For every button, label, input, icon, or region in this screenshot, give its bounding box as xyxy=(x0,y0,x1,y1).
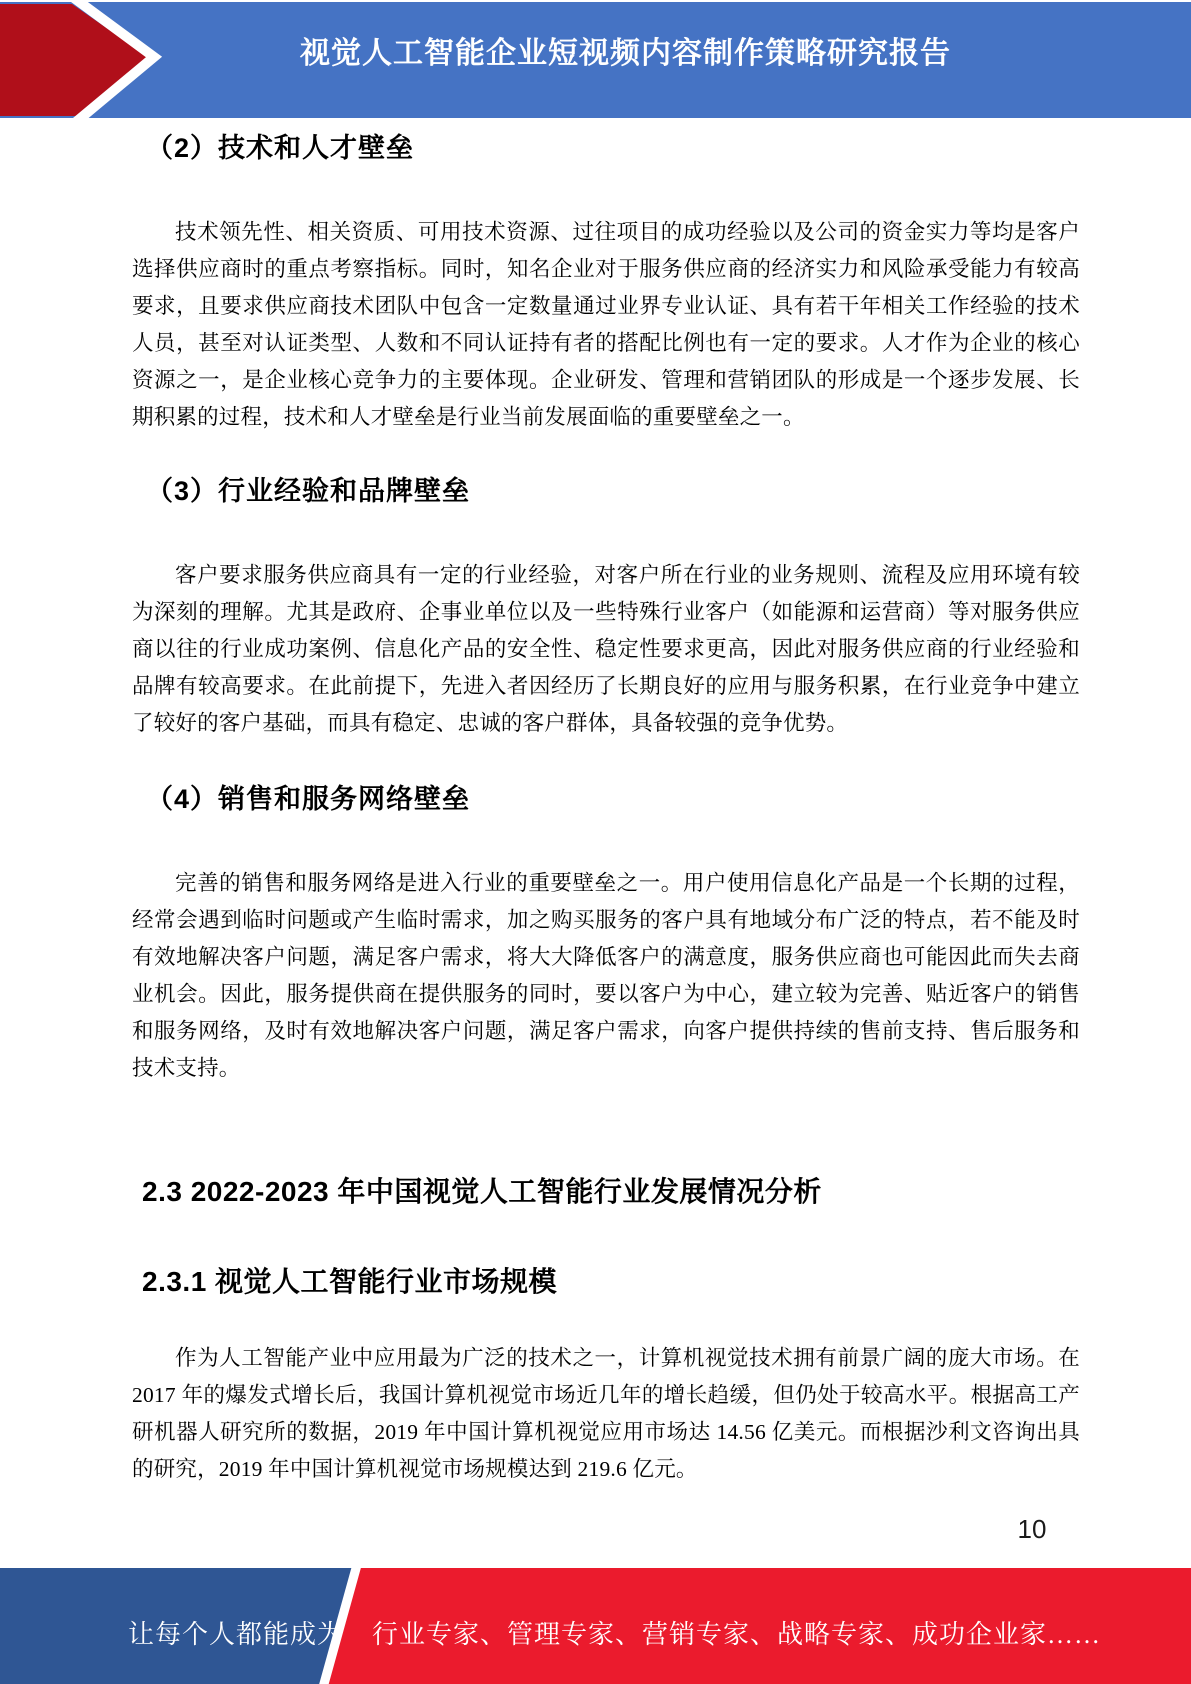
paragraph-sales-network: 完善的销售和服务网络是进入行业的重要壁垒之一。用户使用信息化产品是一个长期的过程… xyxy=(132,865,1080,1087)
red-arrow-shape xyxy=(0,4,148,116)
report-title: 视觉人工智能企业短视频内容制作策略研究报告 xyxy=(240,28,951,92)
heading-industry-brand-barrier: （3）行业经验和品牌壁垒 xyxy=(132,474,1094,508)
footer-slogan-left: 让每个人都能成为 xyxy=(128,1614,344,1651)
paragraph-industry-brand: 客户要求服务供应商具有一定的行业经验，对客户所在行业的业务规则、流程及应用环境有… xyxy=(132,557,1080,742)
heading-section-2-3-1: 2.3.1 视觉人工智能行业市场规模 xyxy=(132,1264,1090,1300)
red-chevron-arrow-icon xyxy=(0,2,176,118)
heading-sales-network-barrier: （4）销售和服务网络壁垒 xyxy=(132,782,1094,816)
paragraph-market-size: 作为人工智能产业中应用最为广泛的技术之一，计算机视觉技术拥有前景广阔的庞大市场。… xyxy=(132,1340,1080,1488)
paragraph-tech-talent: 技术领先性、相关资质、可用技术资源、过往项目的成功经验以及公司的资金实力等均是客… xyxy=(132,214,1080,436)
footer-slogan-right: 行业专家、管理专家、营销专家、战略专家、成功企业家…… xyxy=(372,1614,1101,1651)
page-footer: 让每个人都能成为 行业专家、管理专家、营销专家、战略专家、成功企业家…… xyxy=(0,1568,1191,1684)
heading-tech-talent-barrier: （2）技术和人才壁垒 xyxy=(132,131,1094,165)
report-page: 视觉人工智能企业短视频内容制作策略研究报告 （2）技术和人才壁垒 技术领先性、相… xyxy=(0,0,1191,1684)
heading-section-2-3: 2.3 2022-2023 年中国视觉人工智能行业发展情况分析 xyxy=(132,1174,1090,1210)
page-number: 10 xyxy=(1000,1514,1064,1545)
page-header: 视觉人工智能企业短视频内容制作策略研究报告 xyxy=(0,2,1191,118)
